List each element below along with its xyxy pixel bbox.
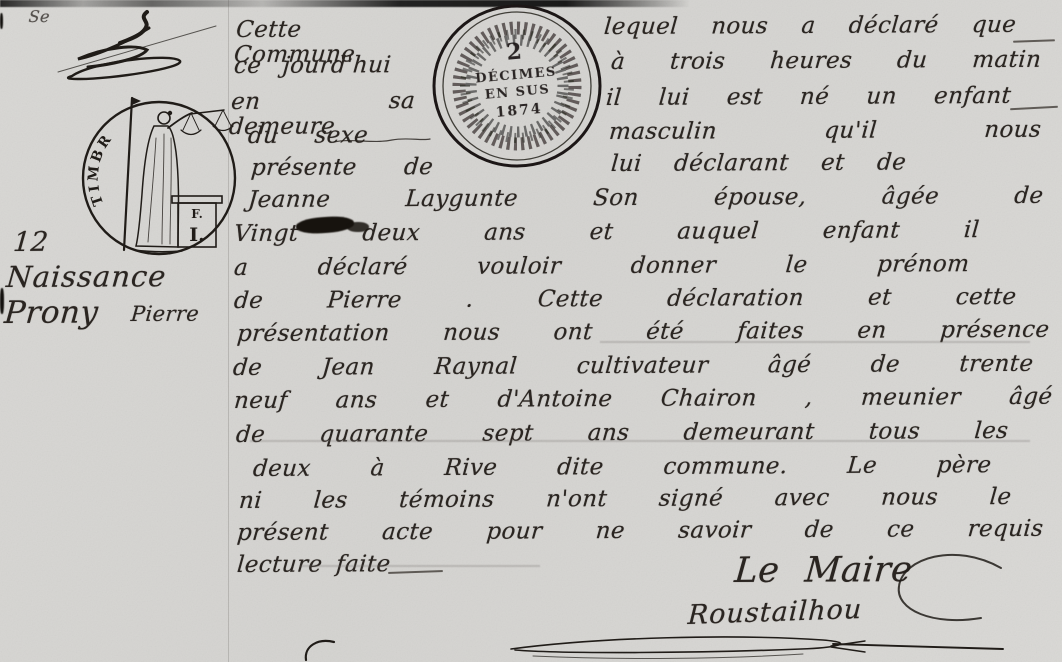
register-page: Se TIMBRE — [0, 0, 1062, 662]
act-line-right: à trois heures du matin — [610, 48, 1042, 76]
fiscal-stamp-word2: EN SUS — [484, 82, 550, 103]
act-line-right: masculin qu'il nous — [608, 118, 1042, 146]
act-line: neuf ans et d'Antoine Chairon , meunier … — [233, 385, 1053, 415]
act-line-left: ce jourd'hui — [233, 53, 392, 79]
plinth: F. I. — [172, 196, 222, 247]
act-line: présent acte pour ne savoir de ce requis — [236, 517, 1044, 547]
scan-streak — [250, 440, 1030, 442]
filler-dash — [1010, 106, 1058, 111]
ink-blot — [347, 222, 369, 232]
act-line-right: lui déclarant et de — [610, 150, 907, 177]
fiscal-stamp-year: 1874 — [495, 101, 543, 121]
margin-paraph — [50, 6, 220, 86]
plinth-letter-top: F. — [191, 207, 203, 221]
act-line: ni les témoins n'ont signé avec nous le — [238, 485, 1012, 514]
timbre-stamp: TIMBRE F. I. — [78, 92, 240, 260]
filler-dash — [1013, 39, 1055, 42]
act-line: deux à Rive dite commune. Le père — [252, 453, 992, 482]
act-line: de Pierre . Cette déclaration et cette — [233, 285, 1017, 314]
svg-text:TIMBRE: TIMBRE — [71, 80, 116, 208]
act-surname: Prony — [3, 296, 100, 331]
next-entry-fragment — [298, 638, 344, 662]
act-line: Jeanne Laygunte Son épouse, âgée de — [247, 184, 1044, 213]
margin-initials: Se — [28, 8, 51, 26]
act-line-right: lequel nous a déclaré que — [603, 13, 1017, 40]
fiscal-stamp: 2 DÉCIMES EN SUS 1874 — [432, 3, 604, 169]
filler-dash — [388, 570, 443, 574]
act-firstname: Pierre — [130, 303, 200, 326]
filler-squiggle — [332, 134, 432, 146]
scan-streak — [600, 341, 1030, 343]
scan-edge-mark — [0, 13, 3, 29]
scan-streak — [300, 565, 540, 567]
signature-flourish — [503, 632, 1013, 662]
act-type-label: Naissance — [5, 261, 168, 294]
act-line: de Jean Raynal cultivateur âgé de trente — [232, 352, 1034, 381]
act-number: 12 — [12, 228, 50, 258]
act-line-left: présente de — [250, 155, 434, 181]
act-line: a déclaré vouloir donner le prénom — [233, 252, 970, 281]
scan-edge-mark — [0, 288, 4, 314]
mayor-title-flourish — [885, 548, 1010, 633]
act-line-right: il lui est né un enfant — [605, 84, 1012, 111]
fiscal-stamp-value: 2 — [505, 39, 523, 66]
plinth-letter-bottom: I. — [189, 224, 205, 246]
timbre-stamp-label: TIMBRE — [71, 80, 116, 208]
act-line: de quarante sept ans demeurant tous les — [235, 419, 1009, 448]
mayor-signature: Roustailhou — [687, 595, 863, 631]
